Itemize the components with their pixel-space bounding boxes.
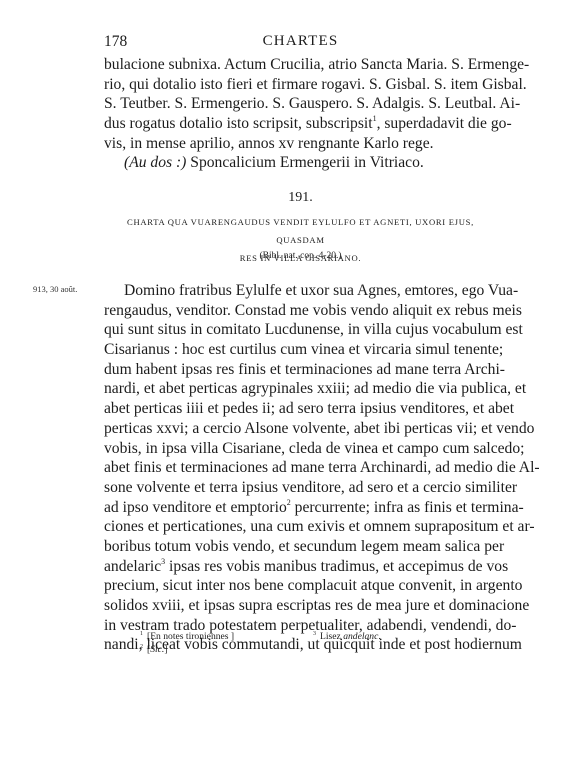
text-line: vobis, in ipsa villa Cisariane, cleda de… [104, 439, 497, 459]
footnote-text: ] [164, 644, 167, 655]
text-line: S. Teutber. S. Ermengerio. S. Gauspero. … [104, 94, 497, 114]
footnote-number: 1 [140, 631, 143, 637]
footnote-3: 3Lisez andelanc. [313, 630, 381, 643]
footnote-number: 3 [313, 631, 316, 637]
title-line: CHARTA QUA VUARENGAUDUS VENDIT EYLULFO E… [110, 213, 491, 249]
continuation-text: bulacione subnixa. Actum Crucilia, atrio… [104, 55, 497, 173]
document-source: (Bibl. nat. cop. 4-20.) [104, 251, 497, 261]
text-line: solidos xviii, et ipsas supra escriptas … [104, 596, 497, 616]
book-page: 178 CHARTES bulacione subnixa. Actum Cru… [0, 0, 565, 775]
text-segment: ipsas res vobis manibus tradimus, et acc… [165, 558, 508, 575]
footnote-ref: 3 [161, 557, 165, 566]
text-line: nardi, et abet perticas agrypinales xxii… [104, 379, 497, 399]
text-line: perticas xxvi; a cercio Alsone volvente,… [104, 419, 497, 439]
footnote-text: . [378, 631, 380, 642]
document-body: Domino fratribus Eylulfe et uxor sua Agn… [104, 281, 497, 655]
text-line: precium, sicut inter nos bene complacuit… [104, 576, 497, 596]
text-line: rio, qui dotalio isto fieri et firmare r… [104, 75, 497, 95]
text-line: qui sunt situs in comitato Lucdunense, i… [104, 320, 497, 340]
text-segment: , superdadavit die go- [377, 115, 512, 132]
text-segment: andelaric [104, 558, 161, 575]
footnote-2: 2[Sic.] [140, 643, 168, 656]
running-title: CHARTES [104, 33, 497, 50]
footnote-1: 1[En notes tironiennes ] [140, 630, 234, 643]
footnote-number: 2 [140, 644, 143, 650]
margin-date: 913, 30 août. [33, 284, 77, 294]
dorse-line: (Au dos :) Sponcalicium Ermengerii in Vi… [104, 153, 497, 173]
text-line: dus rogatus dotalio isto scripsit, subsc… [104, 114, 497, 134]
footnote-ref: 1 [373, 114, 377, 123]
dorse-text: Sponcalicium Ermengerii in Vitriaco. [186, 154, 423, 171]
text-line: ciones et perticationes, una cum exivis … [104, 517, 497, 537]
text-segment: percurrente; infra as finis et termina- [291, 499, 524, 516]
dorse-label: (Au dos :) [124, 154, 186, 171]
text-segment: ad ipso venditore et emptorio [104, 499, 287, 516]
text-line: abet finis et terminaciones ad mane terr… [104, 458, 497, 478]
text-segment: dus rogatus dotalio isto scripsit, subsc… [104, 115, 373, 132]
document-number: 191. [104, 190, 497, 206]
footnote-ref: 2 [287, 498, 291, 507]
footnote-text: Lisez [320, 631, 343, 642]
footnote-italic: andelanc [343, 631, 378, 642]
text-line: sone volvente et terra ipsius venditore,… [104, 478, 497, 498]
text-line: boribus totum vobis vendo, et secundum l… [104, 537, 497, 557]
text-line: andelaric3 ipsas res vobis manibus tradi… [104, 557, 497, 577]
text-line: Domino fratribus Eylulfe et uxor sua Agn… [104, 281, 497, 301]
footnote-italic: Sic. [150, 644, 164, 655]
text-line: Cisarianus : hoc est curtilus cum vinea … [104, 340, 497, 360]
text-line: rengaudus, venditor. Constad me vobis ve… [104, 301, 497, 321]
page-header: 178 CHARTES [104, 33, 497, 53]
text-line: abet perticas iiii et pedes ii; ad sero … [104, 399, 497, 419]
text-line: vis, in mense aprilio, annos xv rengnant… [104, 134, 497, 154]
text-line: bulacione subnixa. Actum Crucilia, atrio… [104, 55, 497, 75]
text-line: ad ipso venditore et emptorio2 percurren… [104, 498, 497, 518]
footnote-text: [En notes tironiennes ] [147, 631, 234, 642]
text-line: dum habent ipsas res finis et terminacio… [104, 360, 497, 380]
